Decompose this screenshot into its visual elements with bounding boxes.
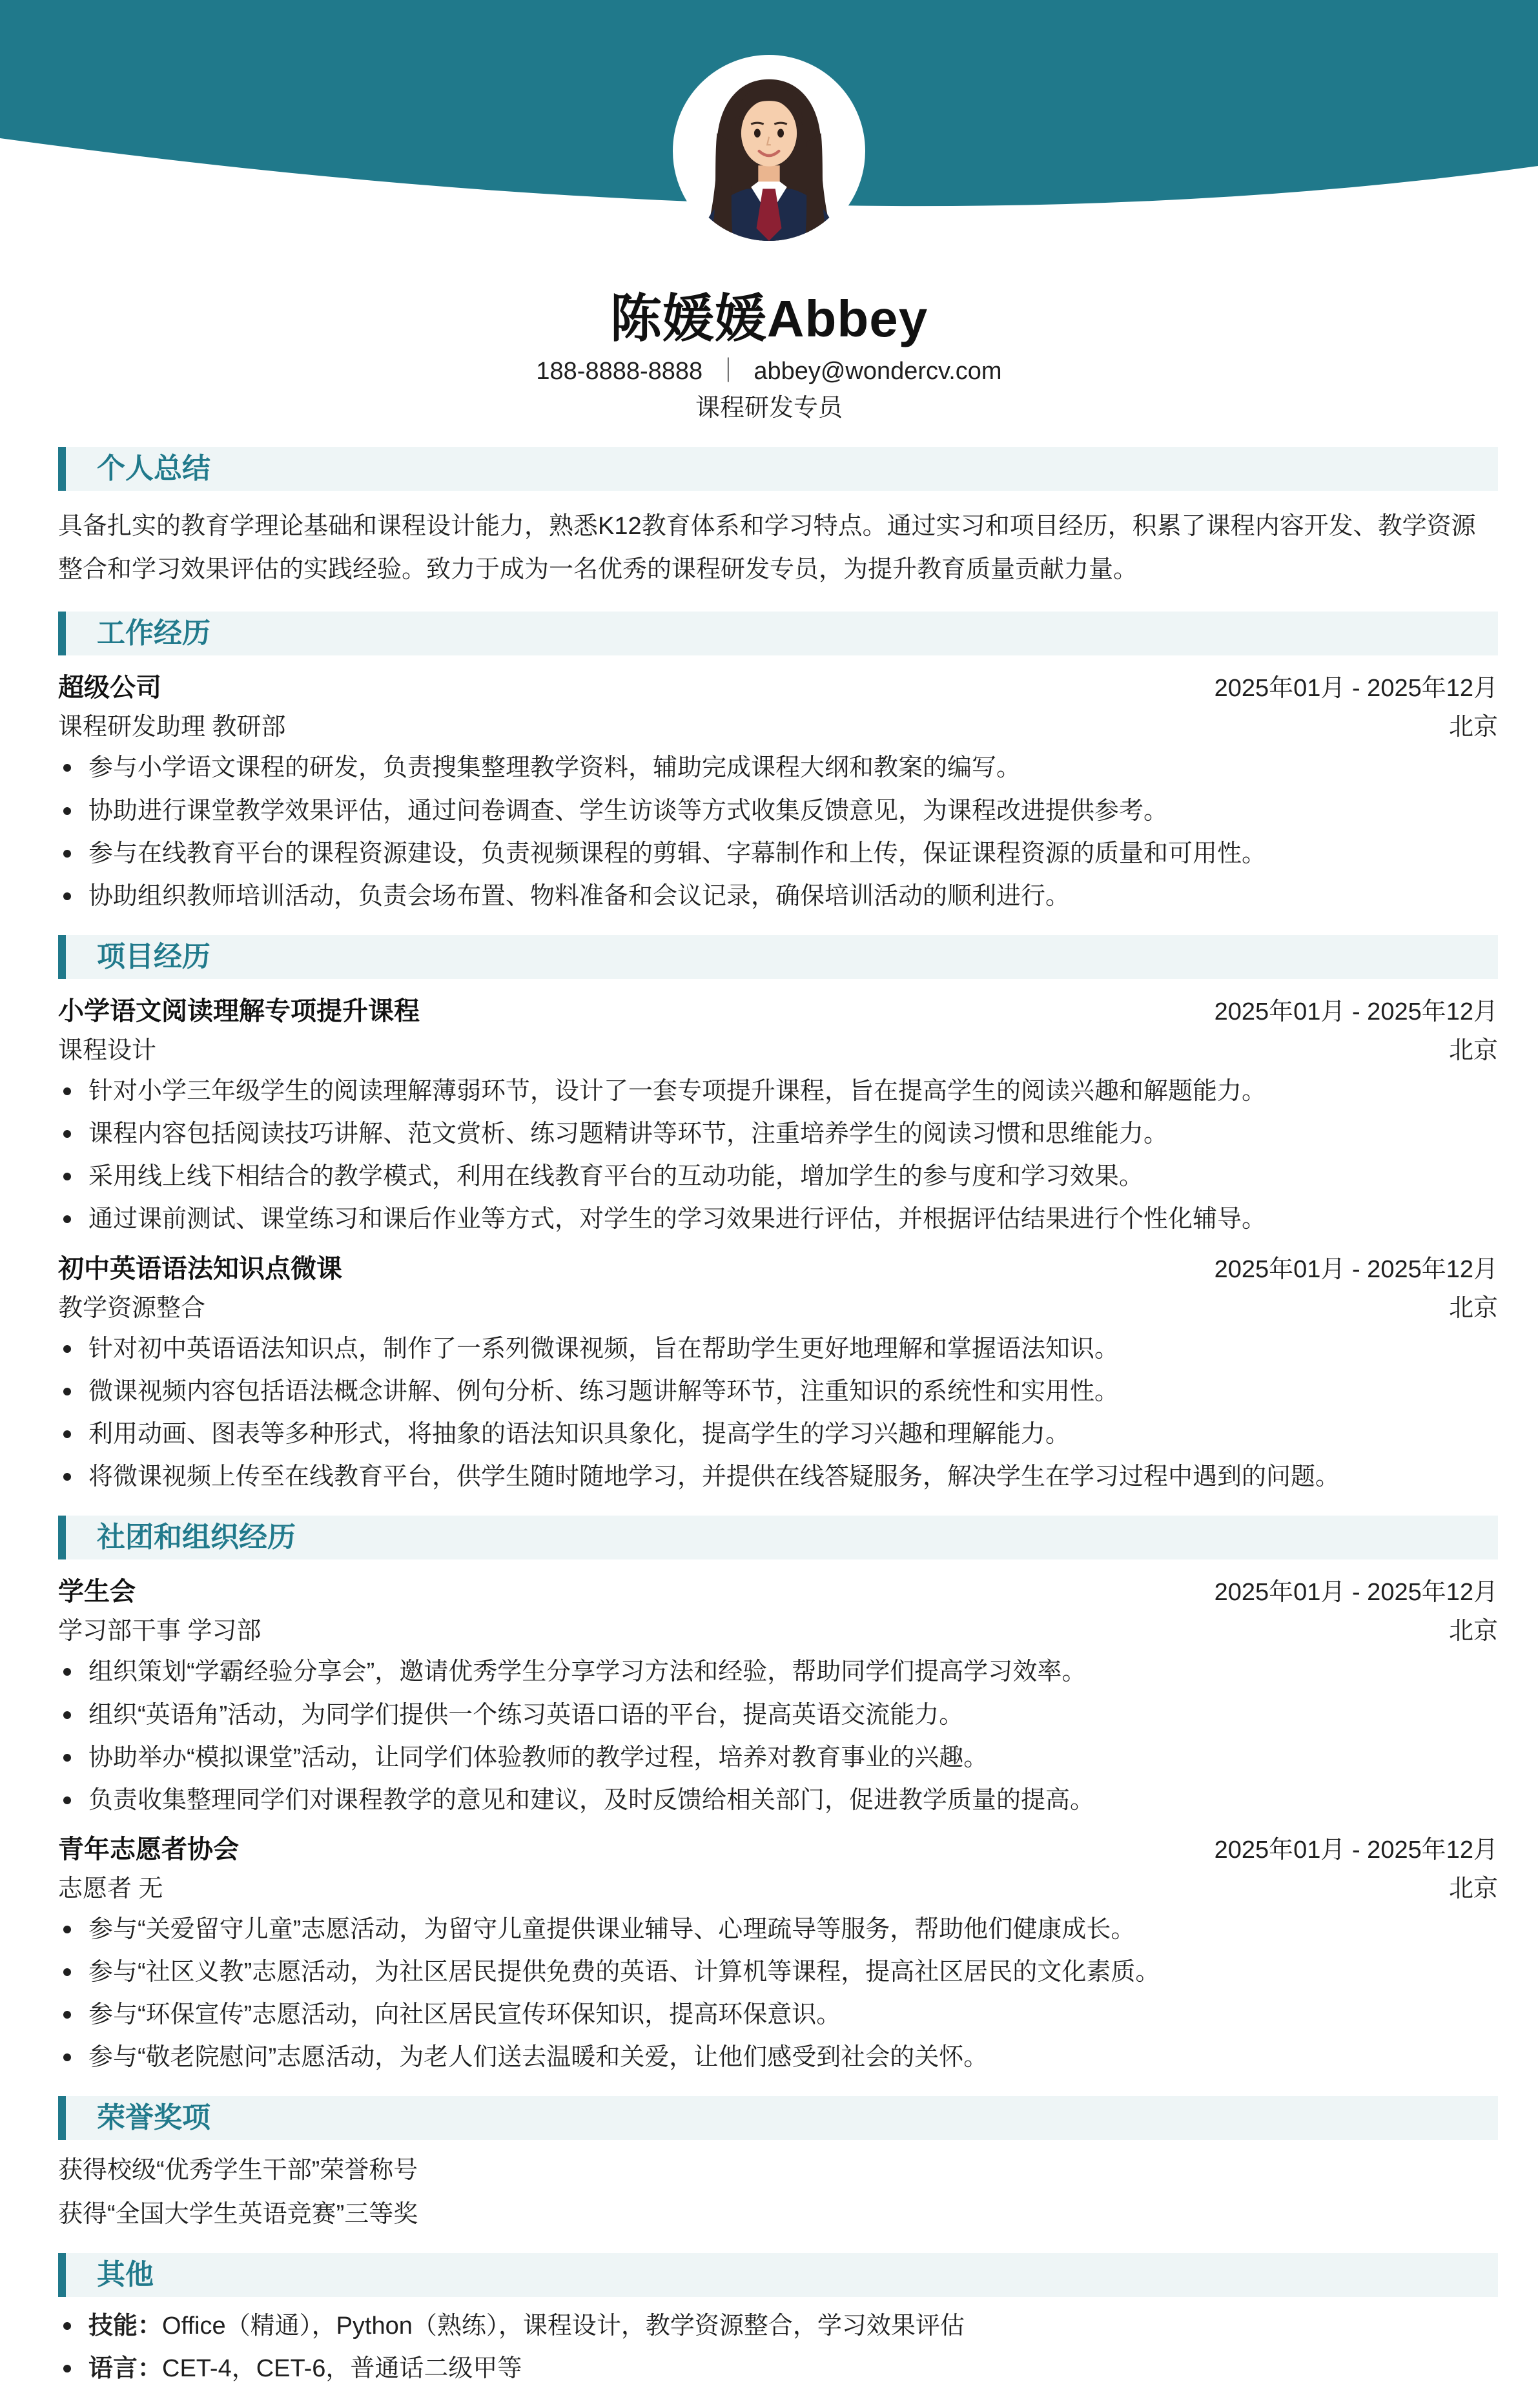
bullet-item: 参与“环保宣传”志愿活动，向社区居民宣传环保知识，提高环保意识。 bbox=[58, 1997, 1498, 2033]
entry-date: 2025年01月 - 2025年12月 bbox=[1215, 1833, 1498, 1868]
skills-item: 技能：Office（精通），Python（熟练），课程设计，教学资源整合，学习效… bbox=[58, 2309, 1498, 2344]
section-title: 荣誉奖项 bbox=[97, 2104, 210, 2132]
languages-text: CET-4，CET-6，普通话二级甲等 bbox=[162, 2355, 522, 2382]
bullet-item: 参与“社区义教”志愿活动，为社区居民提供免费的英语、计算机等课程，提高社区居民的… bbox=[58, 1955, 1498, 1990]
organization-entry: 青年志愿者协会 2025年01月 - 2025年12月 志愿者 无 北京 参与“… bbox=[58, 1831, 1498, 2076]
section-title: 个人总结 bbox=[97, 455, 210, 483]
entry-location: 北京 bbox=[1449, 1033, 1498, 1069]
bullet-item: 协助举办“模拟课堂”活动，让同学们体验教师的教学过程，培养对教育事业的兴趣。 bbox=[58, 1740, 1498, 1776]
entry-subheader: 教学资源整合 北京 bbox=[58, 1291, 1498, 1326]
bullet-item: 组织“英语角”活动，为同学们提供一个练习英语口语的平台，提高英语交流能力。 bbox=[58, 1698, 1498, 1733]
entry-location: 北京 bbox=[1449, 1614, 1498, 1649]
section-header-projects: 项目经历 bbox=[58, 935, 1498, 979]
profile-photo bbox=[673, 55, 865, 247]
bullet-item: 将微课视频上传至在线教育平台，供学生随时随地学习，并提供在线答疑服务，解决学生在… bbox=[58, 1459, 1498, 1495]
bullet-list: 针对初中英语语法知识点，制作了一系列微课视频，旨在帮助学生更好地理解和掌握语法知… bbox=[58, 1332, 1498, 1495]
entry-header: 小学语文阅读理解专项提升课程 2025年01月 - 2025年12月 bbox=[58, 993, 1498, 1029]
bullet-item: 参与“敬老院慰问”志愿活动，为老人们送去温暖和关爱，让他们感受到社会的关怀。 bbox=[58, 2040, 1498, 2075]
candidate-name: 陈媛媛Abbey bbox=[0, 288, 1538, 350]
section-honors: 荣誉奖项 获得校级“优秀学生干部”荣誉称号 获得“全国大学生英语竞赛”三等奖 bbox=[58, 2096, 1498, 2232]
bullet-item: 参与小学语文课程的研发，负责搜集整理教学资料，辅助完成课程大纲和教案的编写。 bbox=[58, 750, 1498, 786]
skills-text: Office（精通），Python（熟练），课程设计，教学资源整合，学习效果评估 bbox=[162, 2312, 965, 2340]
work-entry: 超级公司 2025年01月 - 2025年12月 课程研发助理 教研部 北京 参… bbox=[58, 670, 1498, 914]
entry-date: 2025年01月 - 2025年12月 bbox=[1215, 1576, 1498, 1610]
entry-header: 初中英语语法知识点微课 2025年01月 - 2025年12月 bbox=[58, 1251, 1498, 1287]
identity-block: 陈媛媛Abbey 188-8888-8888 ｜ abbey@wondercv.… bbox=[0, 288, 1538, 426]
entry-subtitle: 志愿者 无 bbox=[58, 1871, 163, 1907]
entry-title: 超级公司 bbox=[58, 670, 161, 706]
bullet-item: 协助组织教师培训活动，负责会场布置、物料准备和会议记录，确保培训活动的顺利进行。 bbox=[58, 879, 1498, 914]
bullet-list: 组织策划“学霸经验分享会”，邀请优秀学生分享学习方法和经验，帮助同学们提高学习效… bbox=[58, 1654, 1498, 1818]
entry-title: 小学语文阅读理解专项提升课程 bbox=[58, 993, 420, 1029]
section-organizations: 社团和组织经历 学生会 2025年01月 - 2025年12月 学习部干事 学习… bbox=[58, 1516, 1498, 2075]
bullet-item: 通过课前测试、课堂练习和课后作业等方式，对学生的学习效果进行评估，并根据评估结果… bbox=[58, 1202, 1498, 1237]
bullet-list: 技能：Office（精通），Python（熟练），课程设计，教学资源整合，学习效… bbox=[58, 2309, 1498, 2387]
section-title: 工作经历 bbox=[97, 619, 210, 648]
contact-separator: ｜ bbox=[716, 358, 741, 385]
summary-text: 具备扎实的教育学理论基础和课程设计能力，熟悉K12教育体系和学习特点。通过实习和… bbox=[58, 505, 1498, 591]
bullet-item: 针对初中英语语法知识点，制作了一系列微课视频，旨在帮助学生更好地理解和掌握语法知… bbox=[58, 1332, 1498, 1367]
entry-location: 北京 bbox=[1449, 710, 1498, 745]
entry-subtitle: 学习部干事 学习部 bbox=[58, 1614, 261, 1649]
entry-header: 超级公司 2025年01月 - 2025年12月 bbox=[58, 670, 1498, 706]
section-header-honors: 荣誉奖项 bbox=[58, 2096, 1498, 2140]
entry-date: 2025年01月 - 2025年12月 bbox=[1215, 672, 1498, 706]
bullet-item: 组织策划“学霸经验分享会”，邀请优秀学生分享学习方法和经验，帮助同学们提高学习效… bbox=[58, 1654, 1498, 1690]
entry-title: 青年志愿者协会 bbox=[58, 1831, 239, 1868]
section-title: 项目经历 bbox=[97, 943, 210, 971]
bullet-item: 负责收集整理同学们对课程教学的意见和建议，及时反馈给相关部门，促进教学质量的提高… bbox=[58, 1783, 1498, 1818]
entry-title: 初中英语语法知识点微课 bbox=[58, 1251, 342, 1287]
section-projects: 项目经历 小学语文阅读理解专项提升课程 2025年01月 - 2025年12月 … bbox=[58, 935, 1498, 1495]
bullet-item: 协助进行课堂教学效果评估，通过问卷调查、学生访谈等方式收集反馈意见，为课程改进提… bbox=[58, 794, 1498, 829]
section-header-work: 工作经历 bbox=[58, 612, 1498, 655]
bullet-item: 课程内容包括阅读技巧讲解、范文赏析、练习题精讲等环节，注重培养学生的阅读习惯和思… bbox=[58, 1117, 1498, 1152]
entry-subtitle: 教学资源整合 bbox=[58, 1291, 205, 1326]
languages-item: 语言：CET-4，CET-6，普通话二级甲等 bbox=[58, 2351, 1498, 2387]
project-entry: 初中英语语法知识点微课 2025年01月 - 2025年12月 教学资源整合 北… bbox=[58, 1251, 1498, 1496]
bullet-item: 参与“关爱留守儿童”志愿活动，为留守儿童提供课业辅导、心理疏导等服务，帮助他们健… bbox=[58, 1912, 1498, 1948]
section-title: 其他 bbox=[97, 2261, 154, 2289]
resume-page: 陈媛媛Abbey 188-8888-8888 ｜ abbey@wondercv.… bbox=[0, 0, 1538, 2408]
entry-date: 2025年01月 - 2025年12月 bbox=[1215, 995, 1498, 1029]
bullet-item: 采用线上线下相结合的教学模式，利用在线教育平台的互动功能，增加学生的参与度和学习… bbox=[58, 1159, 1498, 1195]
section-other: 其他 技能：Office（精通），Python（熟练），课程设计，教学资源整合，… bbox=[58, 2253, 1498, 2387]
section-header-organizations: 社团和组织经历 bbox=[58, 1516, 1498, 1559]
project-entry: 小学语文阅读理解专项提升课程 2025年01月 - 2025年12月 课程设计 … bbox=[58, 993, 1498, 1238]
honor-item: 获得校级“优秀学生干部”荣誉称号 bbox=[58, 2153, 1498, 2188]
resume-content: 个人总结 具备扎实的教育学理论基础和课程设计能力，熟悉K12教育体系和学习特点。… bbox=[0, 447, 1538, 2387]
bullet-item: 利用动画、图表等多种形式，将抽象的语法知识具象化，提高学生的学习兴趣和理解能力。 bbox=[58, 1417, 1498, 1452]
section-header-other: 其他 bbox=[58, 2253, 1498, 2297]
skills-label: 技能： bbox=[88, 2312, 162, 2340]
entry-subtitle: 课程研发助理 教研部 bbox=[58, 710, 286, 745]
section-work: 工作经历 超级公司 2025年01月 - 2025年12月 课程研发助理 教研部… bbox=[58, 612, 1498, 914]
languages-label: 语言： bbox=[88, 2355, 162, 2382]
section-title: 社团和组织经历 bbox=[97, 1523, 296, 1552]
entry-location: 北京 bbox=[1449, 1291, 1498, 1326]
entry-title: 学生会 bbox=[58, 1574, 136, 1610]
resume-header bbox=[0, 0, 1538, 271]
entry-header: 青年志愿者协会 2025年01月 - 2025年12月 bbox=[58, 1831, 1498, 1868]
entry-subtitle: 课程设计 bbox=[58, 1033, 156, 1069]
organization-entry: 学生会 2025年01月 - 2025年12月 学习部干事 学习部 北京 组织策… bbox=[58, 1574, 1498, 1818]
entry-date: 2025年01月 - 2025年12月 bbox=[1215, 1253, 1498, 1287]
section-header-summary: 个人总结 bbox=[58, 447, 1498, 491]
bullet-list: 参与“关爱留守儿童”志愿活动，为留守儿童提供课业辅导、心理疏导等服务，帮助他们健… bbox=[58, 1912, 1498, 2075]
entry-header: 学生会 2025年01月 - 2025年12月 bbox=[58, 1574, 1498, 1610]
bullet-item: 针对小学三年级学生的阅读理解薄弱环节，设计了一套专项提升课程，旨在提高学生的阅读… bbox=[58, 1074, 1498, 1109]
entry-subheader: 志愿者 无 北京 bbox=[58, 1871, 1498, 1907]
entry-subheader: 课程设计 北京 bbox=[58, 1033, 1498, 1069]
phone-number: 188-8888-8888 bbox=[536, 358, 702, 385]
contact-line: 188-8888-8888 ｜ abbey@wondercv.com bbox=[0, 354, 1538, 389]
entry-subheader: 课程研发助理 教研部 北京 bbox=[58, 710, 1498, 745]
entry-location: 北京 bbox=[1449, 1871, 1498, 1907]
target-role: 课程研发专员 bbox=[0, 391, 1538, 426]
bullet-item: 参与在线教育平台的课程资源建设，负责视频课程的剪辑、字幕制作和上传，保证课程资源… bbox=[58, 836, 1498, 872]
avatar-illustration bbox=[679, 61, 859, 241]
honor-item: 获得“全国大学生英语竞赛”三等奖 bbox=[58, 2197, 1498, 2232]
bullet-item: 微课视频内容包括语法概念讲解、例句分析、练习题讲解等环节，注重知识的系统性和实用… bbox=[58, 1374, 1498, 1410]
section-summary: 个人总结 具备扎实的教育学理论基础和课程设计能力，熟悉K12教育体系和学习特点。… bbox=[58, 447, 1498, 591]
bullet-list: 参与小学语文课程的研发，负责搜集整理教学资料，辅助完成课程大纲和教案的编写。 协… bbox=[58, 750, 1498, 914]
bullet-list: 针对小学三年级学生的阅读理解薄弱环节，设计了一套专项提升课程，旨在提高学生的阅读… bbox=[58, 1074, 1498, 1237]
email-address: abbey@wondercv.com bbox=[754, 358, 1001, 385]
entry-subheader: 学习部干事 学习部 北京 bbox=[58, 1614, 1498, 1649]
